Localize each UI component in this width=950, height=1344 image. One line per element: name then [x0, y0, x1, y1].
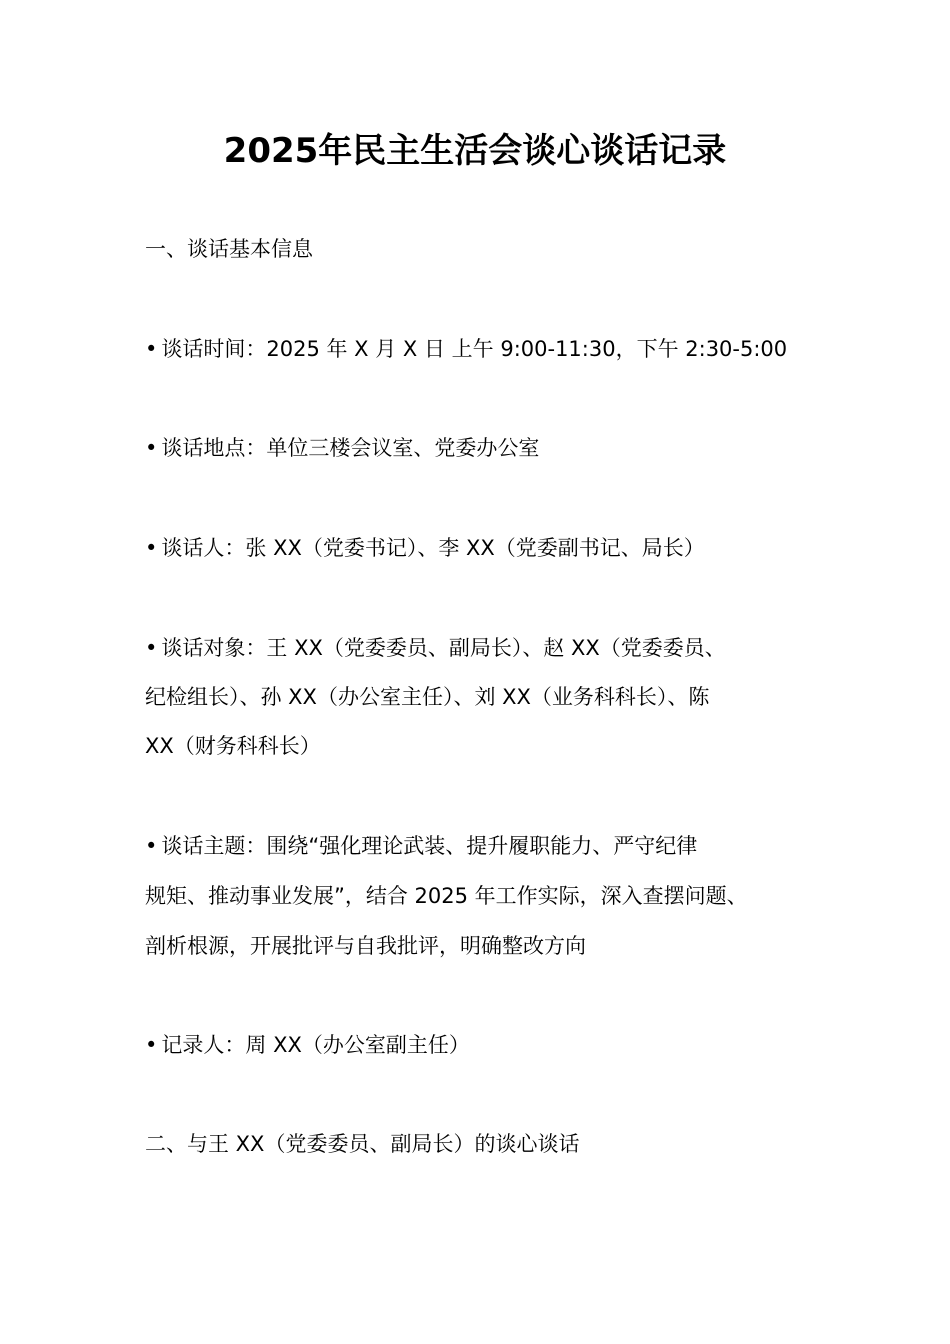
list-item-topic-cont: 规矩、推动事业发展”，结合 2025 年工作实际，深入查摆问题、 — [145, 881, 748, 911]
document-page: 2025年民主生活会谈心谈话记录 一、谈话基本信息 •谈话时间：2025 年 X… — [0, 0, 950, 1344]
list-item-topic: •谈话主题：围绕“强化理论武装、提升履职能力、严守纪律 — [145, 831, 697, 861]
list-item-time: •谈话时间：2025 年 X 月 X 日 上午 9:00-11:30，下午 2:… — [145, 334, 787, 364]
list-item-interviewees-cont: XX（财务科科长） — [145, 731, 321, 761]
item-text: 谈话人：张 XX（党委书记）、李 XX（党委副书记、局长） — [161, 536, 704, 560]
bullet-icon: • — [145, 1030, 157, 1060]
bullet-icon: • — [145, 633, 157, 663]
item-text: 谈话地点：单位三楼会议室、党委办公室 — [161, 436, 539, 460]
list-item-interviewers: •谈话人：张 XX（党委书记）、李 XX（党委副书记、局长） — [145, 533, 705, 563]
bullet-icon: • — [145, 533, 157, 563]
item-text: 记录人：周 XX（办公室副主任） — [161, 1033, 469, 1057]
list-item-topic-cont: 剖析根源，开展批评与自我批评，明确整改方向 — [145, 931, 586, 961]
item-text: 谈话时间：2025 年 X 月 X 日 上午 9:00-11:30，下午 2:3… — [161, 337, 787, 361]
list-item-location: •谈话地点：单位三楼会议室、党委办公室 — [145, 433, 539, 463]
document-title: 2025年民主生活会谈心谈话记录 — [0, 128, 950, 174]
list-item-interviewees: •谈话对象：王 XX（党委委员、副局长）、赵 XX（党委委员、 — [145, 633, 726, 663]
item-text: 谈话主题：围绕“强化理论武装、提升履职能力、严守纪律 — [161, 834, 697, 858]
bullet-icon: • — [145, 831, 157, 861]
bullet-icon: • — [145, 433, 157, 463]
section-heading-talk-wang: 二、与王 XX（党委委员、副局长）的谈心谈话 — [145, 1129, 579, 1159]
section-heading-basic-info: 一、谈话基本信息 — [145, 234, 313, 264]
list-item-recorder: •记录人：周 XX（办公室副主任） — [145, 1030, 470, 1060]
bullet-icon: • — [145, 334, 157, 364]
list-item-interviewees-cont: 纪检组长）、孙 XX（办公室主任）、刘 XX（业务科科长）、陈 — [145, 682, 709, 712]
item-text: 谈话对象：王 XX（党委委员、副局长）、赵 XX（党委委员、 — [161, 636, 725, 660]
